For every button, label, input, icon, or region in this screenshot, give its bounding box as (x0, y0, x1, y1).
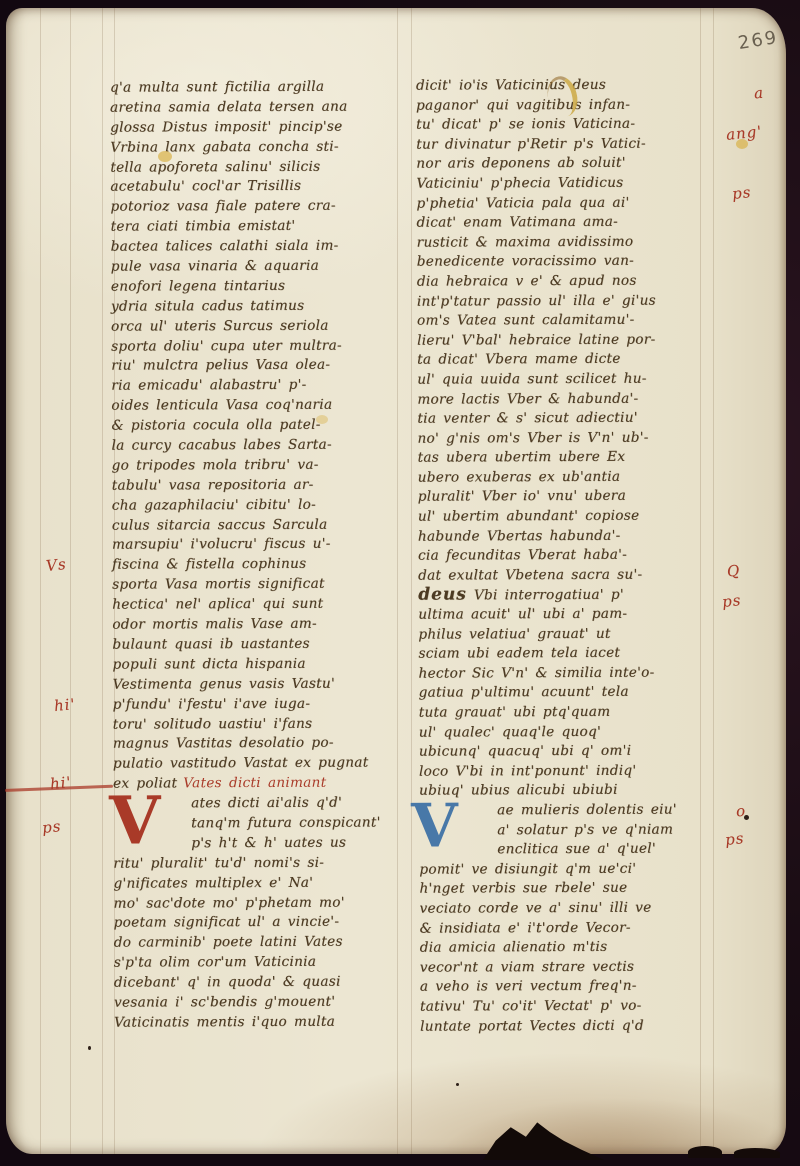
bottom-edge-nick (688, 1146, 722, 1158)
text-line: vesania i' sc'bendis g'mouent' (114, 992, 400, 1013)
text-line: tabulu' vasa repositoria ar- (112, 475, 398, 496)
text-line: cia fecunditas Vberat haba'- (418, 546, 708, 567)
text-line: a' solatur p's ve q'niam (419, 820, 709, 841)
yellow-letter-wash (736, 139, 748, 149)
ruling-line (40, 8, 41, 1154)
text-line: Vestimenta genus vasis Vastu' (113, 674, 399, 695)
text-line: more lactis Vber & habunda'- (417, 389, 707, 410)
text-line: s'p'ta olim cor'um Vaticinia (114, 953, 400, 974)
display-word: deus (418, 585, 467, 605)
text-line: q'a multa sunt fictilia argilla (110, 77, 396, 98)
text-line: ul' qualec' quaq'le quoq' (419, 722, 709, 743)
text-line: poetam significat ul' a vincie'- (114, 913, 400, 934)
text-line: pluralit' Vber io' vnu' ubera (418, 487, 708, 508)
text-line: g'nificates multiplex e' Na' (113, 873, 399, 894)
text-line: habunde Vbertas habunda'- (418, 526, 708, 547)
text-line: veciato corde ve a' sinu' illi ve (419, 898, 709, 919)
text-line: ul' quia uuida sunt scilicet hu- (417, 369, 707, 390)
text-line: no' g'nis om's Vber is V'n' ub'- (417, 428, 707, 449)
text-line: sporta Vasa mortis significat (112, 575, 398, 596)
text-line: go tripodes mola tribru' va- (112, 455, 398, 476)
text-line: nor aris deponens ab soluit' (416, 154, 706, 175)
text-line: Vrbina lanx gabata concha sti- (110, 137, 396, 158)
text-line: glossa Distus imposit' pincip'se (110, 117, 396, 138)
text-line: ria emicadu' alabastru' p'- (111, 376, 397, 397)
text-line: orca ul' uteris Surcus seriola (111, 316, 397, 337)
text-line: ultima acuit' ul' ubi a' pam- (418, 604, 708, 625)
text-line: loco V'bi in int'ponunt' indiq' (419, 761, 709, 782)
decorated-initial-blue: V (411, 798, 458, 854)
text-line: cha gazaphilaciu' cibitu' lo- (112, 495, 398, 516)
text-line: gatiua p'ultimu' acuunt' tela (419, 683, 709, 704)
text-line: do carminib' poete latini Vates (114, 933, 400, 954)
text-line: riu' mulctra pelius Vasa olea- (111, 356, 397, 377)
text-line: p'phetia' Vaticia pala qua ai' (416, 193, 706, 214)
text-line: dicat' enam Vatimana ama- (417, 213, 707, 234)
text-line: om's Vatea sunt calamitamu'- (417, 310, 707, 331)
text-line: h'nget verbis sue rbele' sue (419, 879, 709, 900)
text-line: dia hebraica v e' & apud nos (417, 271, 707, 292)
text-line: marsupiu' i'volucru' fiscus u'- (112, 535, 398, 556)
text-line: sciam ubi eadem tela iacet (418, 644, 708, 665)
ruling-line (70, 8, 71, 1154)
text-line: ta dicat' Vbera mame dicte (417, 350, 707, 371)
text-line: magnus Vastitas desolatio po- (113, 734, 399, 755)
text-line: enofori legena tintarius (111, 276, 397, 297)
text-line: ubero exuberas ex ub'antia (418, 467, 708, 488)
text-line: vecor'nt a viam strare vectis (420, 957, 710, 978)
text-line: dia amicia alienatio m'tis (420, 937, 710, 958)
text-line: philus velatiua' grauat' ut (418, 624, 708, 645)
text-line: p'fundu' i'festu' i'ave iuga- (113, 694, 399, 715)
text-line: populi sunt dicta hispania (112, 654, 398, 675)
text-line: & insidiata e' i't'orde Vecor- (420, 918, 710, 939)
rubric-text: Vates dicti animant (183, 775, 326, 792)
ruling-line (411, 8, 412, 1154)
text-line: hectica' nel' aplica' qui sunt (112, 595, 398, 616)
text-line: tur divinatur p'Retir p's Vatici- (416, 134, 706, 155)
text-line: la curcy cacabus labes Sarta- (111, 435, 397, 456)
text-line: hector Sic V'n' & similia inte'o- (418, 663, 708, 684)
text-line: rusticit & maxima avidissimo (417, 232, 707, 253)
text-line: ydria situla cadus tatimus (111, 296, 397, 317)
text-line: a veho is veri vectum freq'n- (420, 977, 710, 998)
text-line: dicebant' q' in quoda' & quasi (114, 972, 400, 993)
text-line: fiscina & fistella cophinus (112, 555, 398, 576)
ink-speck (88, 1046, 91, 1050)
text-line: odor mortis malis Vase am- (112, 614, 398, 635)
text-line: luntate portat Vectes dicti q'd (420, 1016, 710, 1037)
text-line: benedicente voracissimo van- (417, 252, 707, 273)
text-line: aretina samia delata tersen ana (110, 97, 396, 118)
text-line: Vaticiniu' p'phecia Vatidicus (416, 173, 706, 194)
text-line: sporta doliu' cupa uter multra- (111, 336, 397, 357)
text-line: tera ciati timbia emistat' (111, 217, 397, 238)
ruling-line (102, 8, 103, 1154)
text-line: tativu' Tu' co'it' Vectat' p' vo- (420, 996, 710, 1017)
text-line: mo' sac'dote mo' p'phetam mo' (113, 893, 399, 914)
text-line: tella apoforeta salinu' silicis (110, 157, 396, 178)
text-line: pulatio vastitudo Vastat ex pugnat (113, 754, 399, 775)
text-line: ae mulieris dolentis eiu' (419, 800, 709, 821)
text-column-left: V q'a multa sunt fictilia argillaaretina… (110, 77, 400, 1033)
text-line: potorioz vasa fiale patere cra- (110, 197, 396, 218)
text-line: tu' dicat' p' se ionis Vaticina- (416, 115, 706, 136)
text-line: pomit' ve disiungit q'm ue'ci' (419, 859, 709, 880)
text-line: pule vasa vinaria & aquaria (111, 256, 397, 277)
text-line: enclitica sue a' q'uel' (419, 840, 709, 861)
text-line: deus Vbi interrogatiua' p' (418, 585, 708, 606)
yellow-letter-wash (158, 151, 172, 162)
text-line: lieru' V'bal' hebraice latine por- (417, 330, 707, 351)
text-line: ul' ubertim abundant' copiose (418, 506, 708, 527)
decorated-initial-red: V (109, 790, 160, 850)
text-line: acetabulu' cocl'ar Trisillis (110, 177, 396, 198)
text-line: ubicunq' quacuq' ubi q' om'i (419, 742, 709, 763)
text-line: tuta grauat' ubi ptq'quam (419, 702, 709, 723)
text-line: dat exultat Vbetena sacra su'- (418, 565, 708, 586)
yellow-letter-wash (316, 415, 328, 424)
text-line: ubiuq' ubius alicubi ubiubi (419, 781, 709, 802)
text-line: culus sitarcia saccus Sarcula (112, 515, 398, 536)
ink-speck (456, 1083, 459, 1086)
text-line: Vaticinatis mentis i'quo multa (114, 1012, 400, 1033)
text-line: tia venter & s' sicut adiectiu' (417, 408, 707, 429)
text-line: bulaunt quasi ib uastantes (112, 634, 398, 655)
text-column-right: V dicit' io'is Vaticinius deuspaganor' q… (416, 75, 710, 1036)
ruling-line (713, 8, 714, 1154)
text-line: & pistoria cocula olla patel- (111, 416, 397, 437)
text-line: tas ubera ubertim ubere Ex (418, 448, 708, 469)
manuscript-photo: 269 V q'a multa sunt fictilia argillaare… (0, 0, 800, 1166)
text-line: oides lenticula Vasa coq'naria (111, 396, 397, 417)
ink-speck (744, 815, 749, 820)
text-line: bactea talices calathi siala im- (111, 237, 397, 258)
bottom-edge-nick (734, 1148, 780, 1158)
text-line: int'p'tatur passio ul' illa e' gi'us (417, 291, 707, 312)
text-line: toru' solitudo uastiu' i'fans (113, 714, 399, 735)
